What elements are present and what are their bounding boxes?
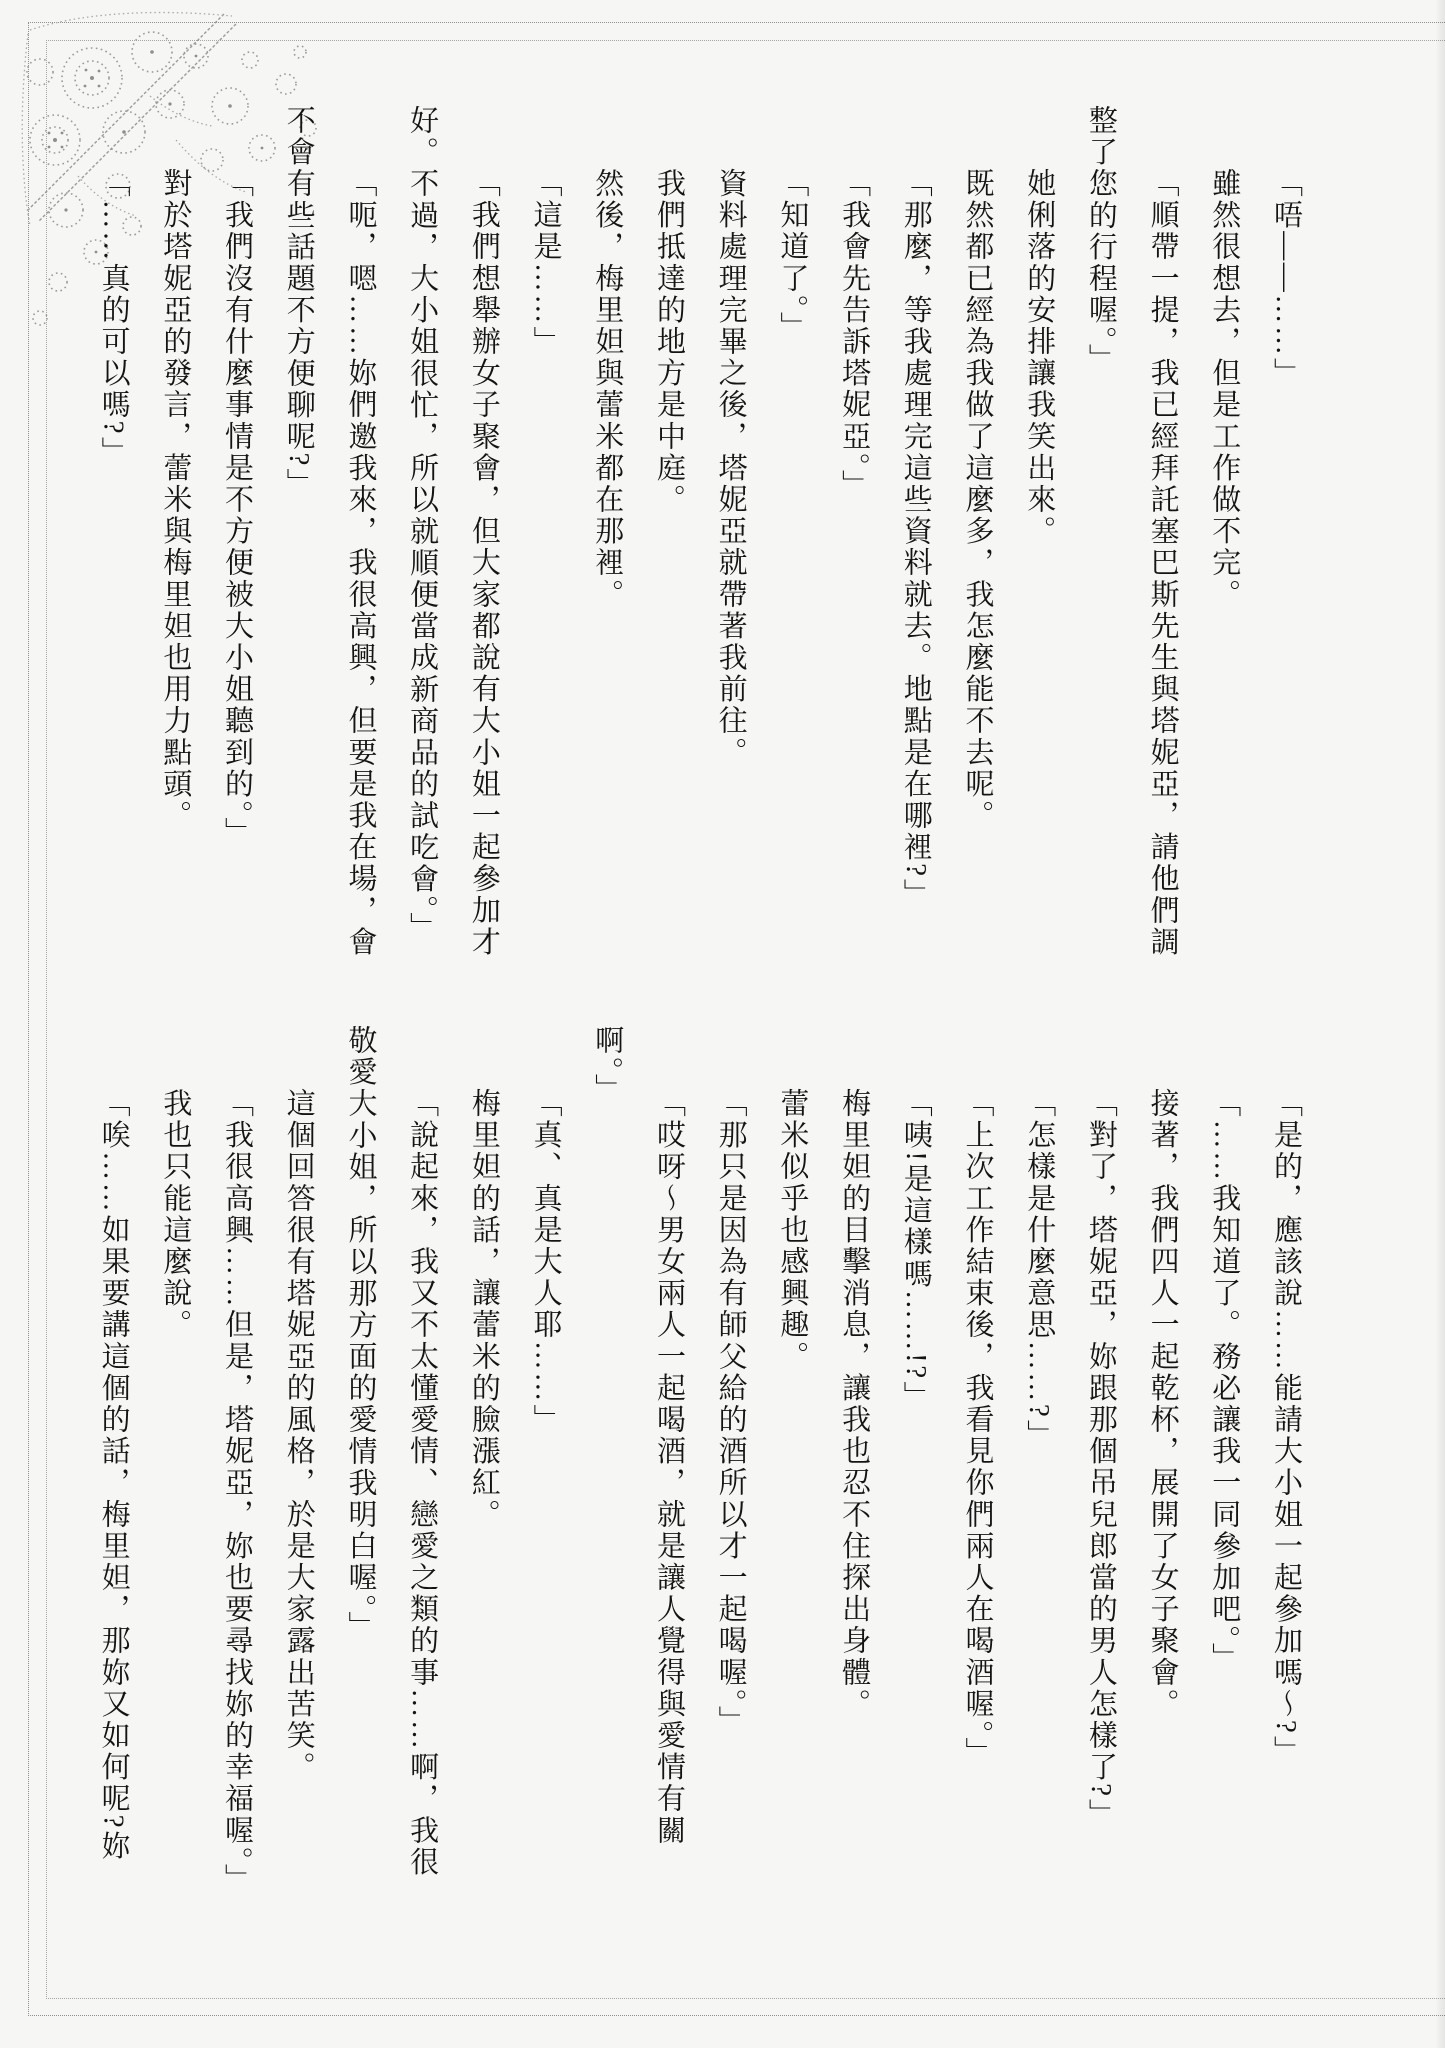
- text-line: 「真、真是大人耶……」: [514, 1025, 576, 1877]
- text-line: 「……真的可以嗎?」: [82, 105, 144, 957]
- text-line: 然後，梅里妲與蕾米都在那裡。: [576, 105, 638, 957]
- text-line: 整了您的行程喔。」: [1069, 105, 1131, 957]
- text-line: 「順帶一提，我已經拜託塞巴斯先生與塔妮亞，請他們調: [1131, 105, 1193, 957]
- text-line: 「我們想舉辦女子聚會，但大家都說有大小姐一起參加才: [452, 105, 514, 957]
- text-line: 蕾米似乎也感興趣。: [761, 1025, 823, 1877]
- text-line: 「……我知道了。務必讓我一同參加吧。」: [1193, 1025, 1255, 1877]
- top-text-block: 「唔——……」雖然很想去，但是工作做不完。「順帶一提，我已經拜託塞巴斯先生與塔妮…: [82, 105, 1316, 957]
- text-line: 不會有些話題不方便聊呢?」: [267, 105, 329, 957]
- text-line: 「唔——……」: [1254, 105, 1316, 957]
- text-line: 「那只是因為有師父給的酒所以才一起喝喔。」: [699, 1025, 761, 1877]
- text-line: 對於塔妮亞的發言，蕾米與梅里妲也用力點頭。: [144, 105, 206, 957]
- text-line: 「那麼，等我處理完這些資料就去。地點是在哪裡?」: [884, 105, 946, 957]
- text-line: 「我會先告訴塔妮亞。」: [822, 105, 884, 957]
- text-line: 「咦!是這樣嗎……!?」: [884, 1025, 946, 1877]
- text-line: 她俐落的安排讓我笑出來。: [1007, 105, 1069, 957]
- text-line: 「知道了。」: [761, 105, 823, 957]
- text-line: 資料處理完畢之後，塔妮亞就帶著我前往。: [699, 105, 761, 957]
- text-line: 既然都已經為我做了這麼多，我怎麼能不去呢。: [946, 105, 1008, 957]
- text-line: 我們抵達的地方是中庭。: [637, 105, 699, 957]
- text-line: 雖然很想去，但是工作做不完。: [1193, 105, 1255, 957]
- text-line: 「呃，嗯……妳們邀我來，我很高興，但要是我在場，會: [329, 105, 391, 957]
- text-line: 「唉……如果要講這個的話，梅里妲，那妳又如何呢?妳: [82, 1025, 144, 1877]
- text-line: 「對了，塔妮亞，妳跟那個吊兒郎當的男人怎樣了?」: [1069, 1025, 1131, 1877]
- text-line: 梅里妲的目擊消息，讓我也忍不住探出身體。: [822, 1025, 884, 1877]
- text-line: 啊。」: [576, 1025, 638, 1877]
- text-line: 「是的，應該說……能請大小姐一起參加嗎～?」: [1254, 1025, 1316, 1877]
- text-line: 我也只能這麼說。: [144, 1025, 206, 1877]
- bottom-text-block: 「是的，應該說……能請大小姐一起參加嗎～?」「……我知道了。務必讓我一同參加吧。…: [82, 1025, 1316, 1877]
- page-container: { "page": { "kind": "vertical-novel-page…: [0, 0, 1445, 2048]
- text-line: 梅里妲的話，讓蕾米的臉漲紅。: [452, 1025, 514, 1877]
- text-line: 「上次工作結束後，我看見你們兩人在喝酒喔。」: [946, 1025, 1008, 1877]
- scan-edge-shadow: [1435, 0, 1445, 2048]
- text-line: 「我們沒有什麼事情是不方便被大小姐聽到的。」: [205, 105, 267, 957]
- text-line: 「哎呀～男女兩人一起喝酒，就是讓人覺得與愛情有關: [637, 1025, 699, 1877]
- text-line: 好。不過，大小姐很忙，所以就順便當成新商品的試吃會。」: [390, 105, 452, 957]
- text-line: 敬愛大小姐，所以那方面的愛情我明白喔。」: [329, 1025, 391, 1877]
- text-line: 「這是……」: [514, 105, 576, 957]
- text-line: 「我很高興……但是，塔妮亞，妳也要尋找妳的幸福喔。」: [205, 1025, 267, 1877]
- text-line: 這個回答很有塔妮亞的風格，於是大家露出苦笑。: [267, 1025, 329, 1877]
- text-line: 「怎樣是什麼意思……?」: [1007, 1025, 1069, 1877]
- text-line: 接著，我們四人一起乾杯，展開了女子聚會。: [1131, 1025, 1193, 1877]
- text-line: 「說起來，我又不太懂愛情、戀愛之類的事……啊，我很: [390, 1025, 452, 1877]
